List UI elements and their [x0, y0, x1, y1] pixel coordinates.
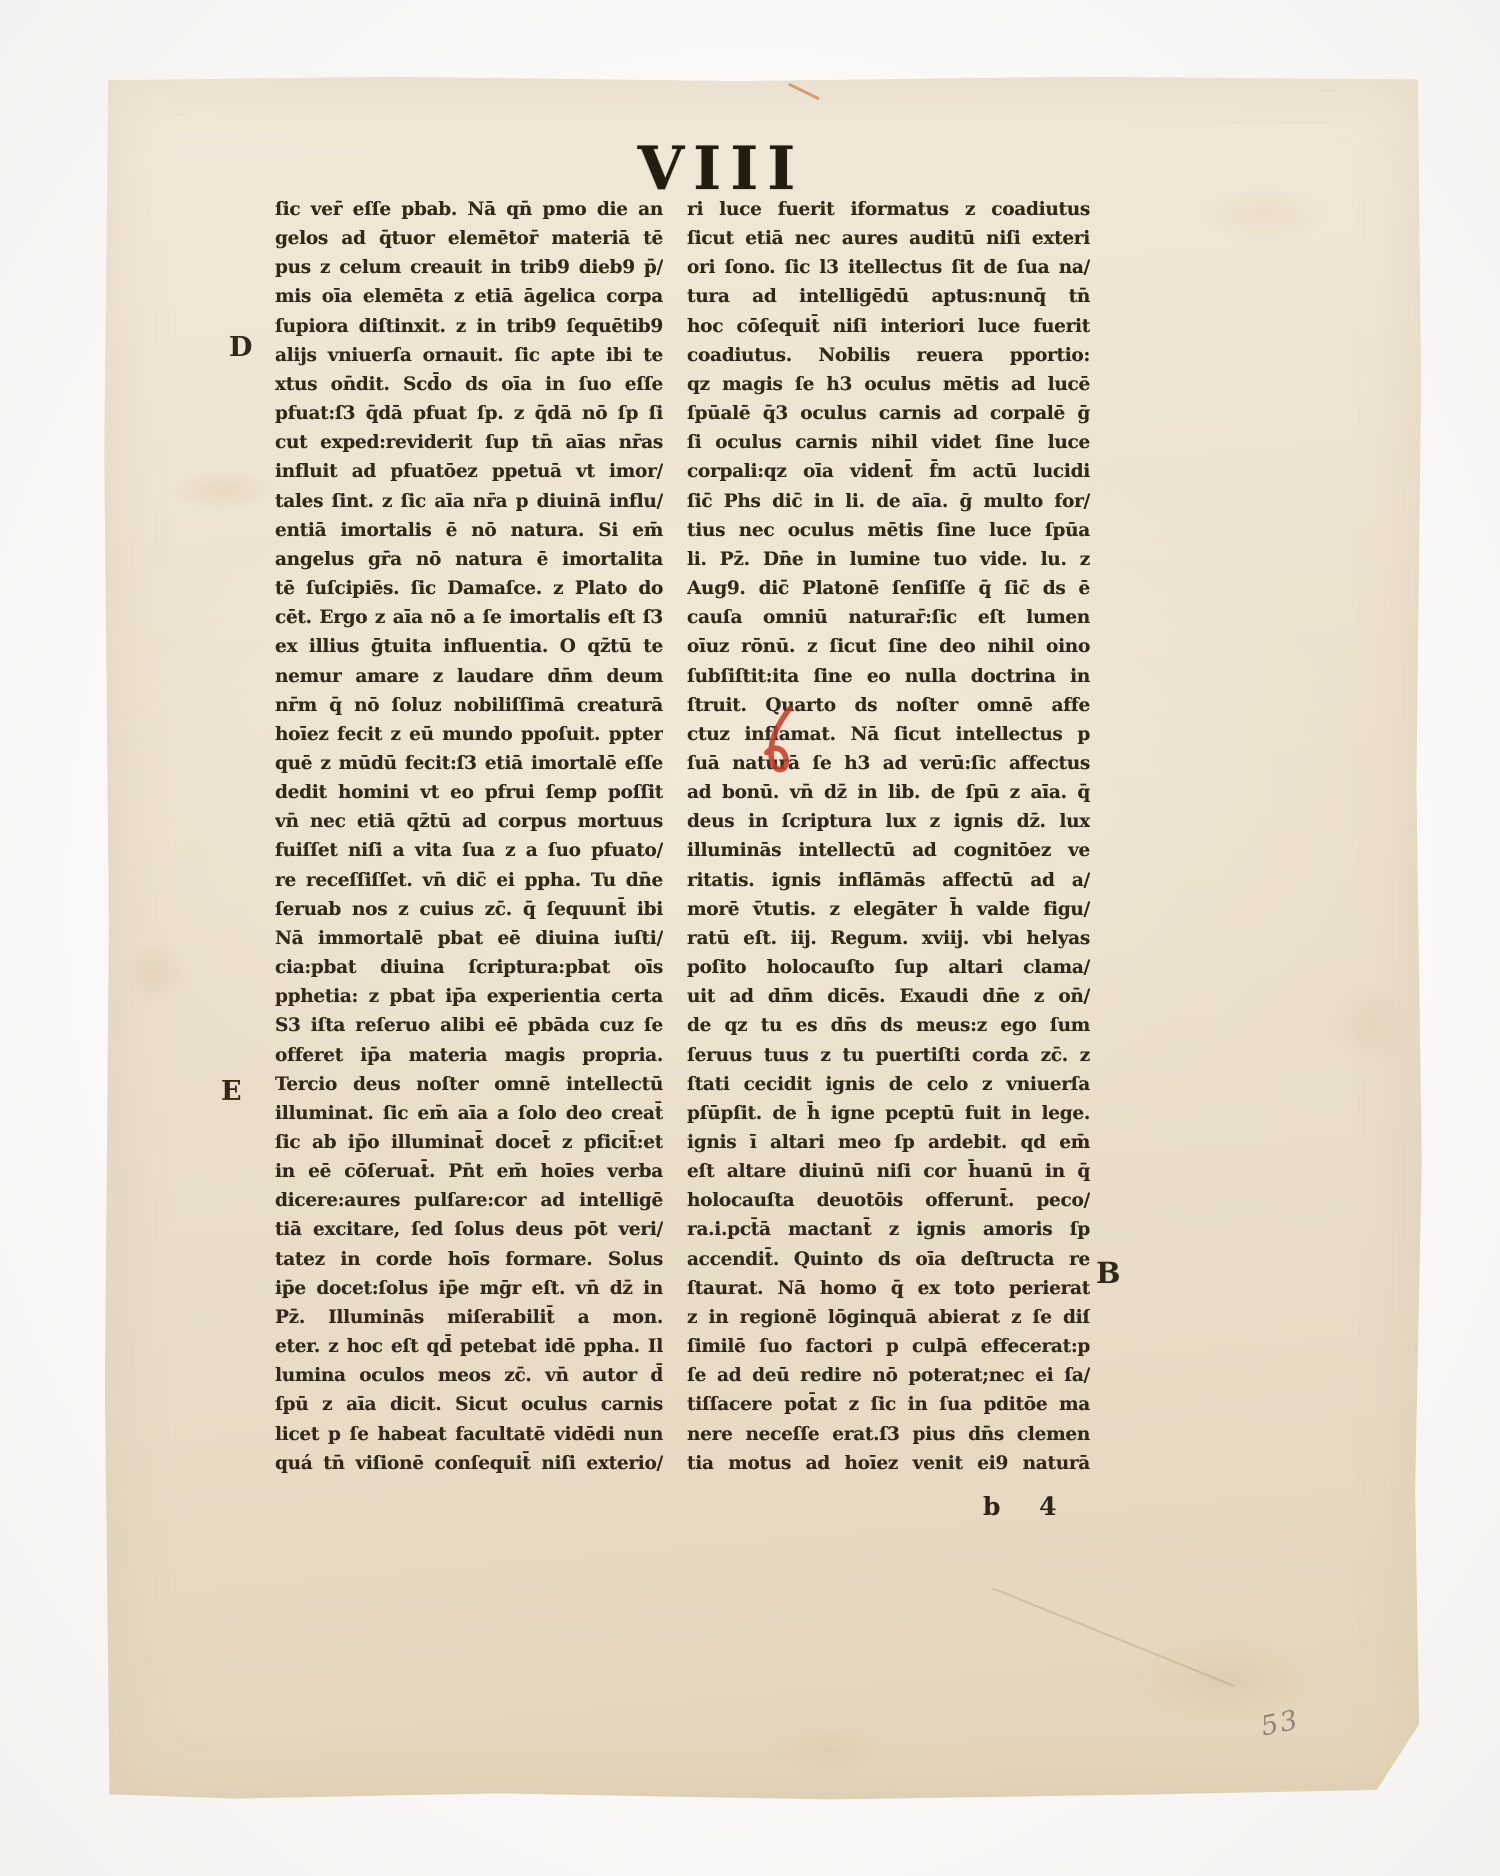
text-line: re receſſiſſet. vn̄ dic̄ ei ppha. Tu dn̄… — [275, 866, 663, 895]
text-line: ſtati cecidit ignis de celo z vniuerſa — [687, 1070, 1090, 1099]
text-line: ſic ver̄ eſſe pbab. Nā qn̄ pmo die an — [275, 195, 663, 224]
text-line: corpali:qz oīa vident̄ f̄m actū lucidi — [687, 457, 1090, 486]
text-line: tatez in corde hoīs formare. Solus — [275, 1245, 663, 1274]
pencil-folio-number: 53 — [1258, 1704, 1302, 1742]
text-line: quē z mūdū fecit:ſ3 etiā imortalē eſſe — [275, 749, 663, 778]
text-line: vn̄ nec etiā qz̄tū ad corpus mortuus — [275, 807, 663, 836]
text-line: ſe ad deū redire nō poterat;nec ei ſa/ — [687, 1361, 1090, 1390]
text-line: ignis ī altari meo ſp ardebit. qd em̄ — [687, 1128, 1090, 1157]
text-line: dicere:aures pulſare:cor ad intelligē — [275, 1186, 663, 1215]
text-line: cēt. Ergo z aīa nō a ſe imortalis eſt ſ3 — [275, 603, 663, 632]
text-line: de qz tu es dn̄s ds meus:z ego ſum — [687, 1011, 1090, 1040]
paper-crease — [992, 1587, 1234, 1686]
text-line: offeret ip̄a materia magis propria. — [275, 1041, 663, 1070]
text-line: ad bonū. vn̄ dz̄ in lib. de ſpū z aīa. q… — [687, 778, 1090, 807]
text-line: ſtaurat. Nā homo q̄ ex toto perierat — [687, 1274, 1090, 1303]
text-line: ritatis. ignis inflāmās affectū ad a/ — [687, 866, 1090, 895]
text-line: ſtruit. Quarto ds noſter omnē affe — [687, 691, 1090, 720]
text-line: pus z celum creauit in trib9 dieb9 p̄/ — [275, 253, 663, 282]
text-line: ori ſono. ſic l3 itellectus ſit de ſua n… — [687, 253, 1090, 282]
text-line: z in regionē lōginquā abierat z ſe diſ — [687, 1303, 1090, 1332]
text-line: influit ad pfuatōez ppetuā vt imor/ — [275, 457, 663, 486]
signature-mark: b 4 — [983, 1492, 1072, 1521]
text-line: gelos ad q̄tuor elemētor̄ materiā tē — [275, 224, 663, 253]
text-line: entiā imortalis ē nō natura. Si em̄ — [275, 516, 663, 545]
text-line: alijs vniuerſa ornauit. ſic apte ibi te — [275, 341, 663, 370]
page-number-heading: VIII — [631, 134, 811, 204]
text-line: nr̄m q̄ nō ſoluz nobiliſſimā creaturā — [275, 691, 663, 720]
text-line: xtus on̄dit. Scd̄o ds oīa in ſuo eſſe — [275, 370, 663, 399]
text-line: fuiſſet niſi a vita ſua z a ſuo pfuato/ — [275, 836, 663, 865]
text-line: nemur amare z laudare dn̄m deum — [275, 662, 663, 691]
text-line: ip̄e docet:ſolus ip̄e mḡr eſt. vn̄ dz̄ i… — [275, 1274, 663, 1303]
text-line: oīuz rōnū. z ſicut ſine deo nihil oino — [687, 632, 1090, 661]
text-line: ratū eſt. iij. Regum. xviij. vbi helyas — [687, 924, 1090, 953]
text-line: cia:pbat diuina ſcriptura:pbat oīs — [275, 953, 663, 982]
text-line: ſpūalē q̄3 oculus carnis ad corpalē ḡ — [687, 399, 1090, 428]
text-line: li. Pz̄. Dn̄e in lumine tuo vide. lu. z — [687, 545, 1090, 574]
text-line: eter. z hoc eſt qd̄ petebat idē ppha. Il — [275, 1332, 663, 1361]
text-line: illuminat. ſic em̄ aīa a ſolo deo creat̄ — [275, 1099, 663, 1128]
text-line: tē ſuſcipiēs. ſic Damaſce. z Plato do — [275, 574, 663, 603]
text-line: illuminās intellectū ad cognitōez ve — [687, 836, 1090, 865]
text-line: ſimilē ſuo factori p culpā effecerat:p — [687, 1332, 1090, 1361]
text-line: eſt altare diuinū niſi cor h̄uanū in q̄ — [687, 1157, 1090, 1186]
text-line: Aug9. dic̄ Platonē ſenſiſſe q̄ ſic̄ ds ē — [687, 574, 1090, 603]
text-line: quá tn̄ viſionē conſequit̄ niſi exterio/ — [275, 1449, 663, 1478]
text-line: tiā excitare, ſed ſolus deus pōt veri/ — [275, 1215, 663, 1244]
text-line: pſūpſit. de h̄ igne pceptū fuit in lege. — [687, 1099, 1090, 1128]
text-line: ſeruus tuus z tu puertiſti corda zc̄. z — [687, 1041, 1090, 1070]
text-column-left: ſic ver̄ eſſe pbab. Nā qn̄ pmo die angel… — [275, 195, 663, 1478]
text-line: ra.i.pct̄ā mactant̄ z ignis amoris ſp — [687, 1215, 1090, 1244]
text-line: tales ſint. z ſic aīa nr̄a p diuinā infl… — [275, 487, 663, 516]
text-line: lumina oculos meos zc̄. vn̄ autor d̄ — [275, 1361, 663, 1390]
text-line: ex illius ḡtuita influentia. O qz̄tū te — [275, 632, 663, 661]
text-line: ſicut etiā nec aures auditū niſi exteri — [687, 224, 1090, 253]
text-line: tiſſacere pot̄at z ſic in ſua pditōe ma — [687, 1390, 1090, 1419]
text-line: licet p ſe habeat facultatē vidēdi nun — [275, 1420, 663, 1449]
margin-guide-letter-b: B — [1096, 1256, 1121, 1290]
text-line: ſpū z aīa dicit. Sicut oculus carnis — [275, 1390, 663, 1419]
text-line: tura ad intelligēdū aptus:nunq̄ tn̄ — [687, 282, 1090, 311]
text-line: deus in ſcriptura lux z ignis dz̄. lux — [687, 807, 1090, 836]
text-line: ſic ab ip̄o illuminat̄ docet̄ z pficit̄:… — [275, 1128, 663, 1157]
text-line: pphetia: z pbat ip̄a experientia certa — [275, 982, 663, 1011]
text-line: qz magis ſe h3 oculus mētis ad lucē — [687, 370, 1090, 399]
text-line: cut exped:reviderit ſup tn̄ aīas nr̄as — [275, 428, 663, 457]
margin-guide-letter-d: D — [229, 332, 252, 363]
text-line: nere neceſſe erat.ſ3 pius dn̄s clemen — [687, 1420, 1090, 1449]
text-line: ſupiora diſtinxit. z in trib9 ſequētib9 — [275, 312, 663, 341]
text-line: coadiutus. Nobilis reuera pportio: — [687, 341, 1090, 370]
text-line: dedit homini vt eo pfrui ſemp poſſit — [275, 778, 663, 807]
text-line: tius nec oculus mētis ſine luce ſpūa — [687, 516, 1090, 545]
red-ink-paragraph-mark — [744, 701, 816, 783]
margin-guide-letter-e: E — [221, 1076, 242, 1107]
text-line: ſi oculus carnis nihil videt ſine luce — [687, 428, 1090, 457]
paper-scratch-mark — [788, 83, 820, 100]
text-line: mis oīa elemēta z etiā āgelica corpa — [275, 282, 663, 311]
text-line: accendit̄. Quinto ds oīa deſtructa re — [687, 1245, 1090, 1274]
text-line: tia motus ad hoīez venit ei9 naturā — [687, 1449, 1090, 1478]
text-line: ri luce fuerit iformatus z coadiutus — [687, 195, 1090, 224]
text-line: Tercio deus noſter omnē intellectū — [275, 1070, 663, 1099]
text-line: hoc cōſequit̄ niſi interiori luce fuerit — [687, 312, 1090, 341]
text-line: S3 iſta reſeruo alibi eē pbāda cuz ſe — [275, 1011, 663, 1040]
text-line: Nā immortalē pbat eē diuina iuſti/ — [275, 924, 663, 953]
text-line: pfuat:ſ3 q̄dā pfuat ſp. z q̄dā nō ſp ſi — [275, 399, 663, 428]
text-line: ſubſiſtit:ita ſine eo nulla doctrina in — [687, 662, 1090, 691]
text-line: cauſa omniū naturar̄:ſic eſt lumen — [687, 603, 1090, 632]
text-line: hoīez fecit z eū mundo ppoſuit. ppter — [275, 720, 663, 749]
text-column-right: ri luce fuerit iformatus z coadiutusſicu… — [687, 195, 1090, 1478]
text-line: in eē cōſeruat̄. Pn̄t em̄ hoīes verba — [275, 1157, 663, 1186]
book-leaf: VIII D E B ſic ver̄ eſſe pbab. Nā qn̄ pm… — [103, 76, 1423, 1802]
text-line: Pz̄. Illuminās miſerabilit̄ a mon. — [275, 1303, 663, 1332]
text-line: uit ad dn̄m dicēs. Exaudi dn̄e z on̄/ — [687, 982, 1090, 1011]
text-line: ſeruab nos z cuius zc̄. q̄ ſequunt̄ ibi — [275, 895, 663, 924]
text-line: morē v̄tutis. z elegāter h̄ valde figu/ — [687, 895, 1090, 924]
text-line: ſic̄ Phs dic̄ in li. de aīa. ḡ multo for… — [687, 487, 1090, 516]
text-line: poſito holocauſto ſup altari clama/ — [687, 953, 1090, 982]
text-line: angelus gr̄a nō natura ē imortalita — [275, 545, 663, 574]
text-line: holocauſta deuotōis offerunt̄. peco/ — [687, 1186, 1090, 1215]
